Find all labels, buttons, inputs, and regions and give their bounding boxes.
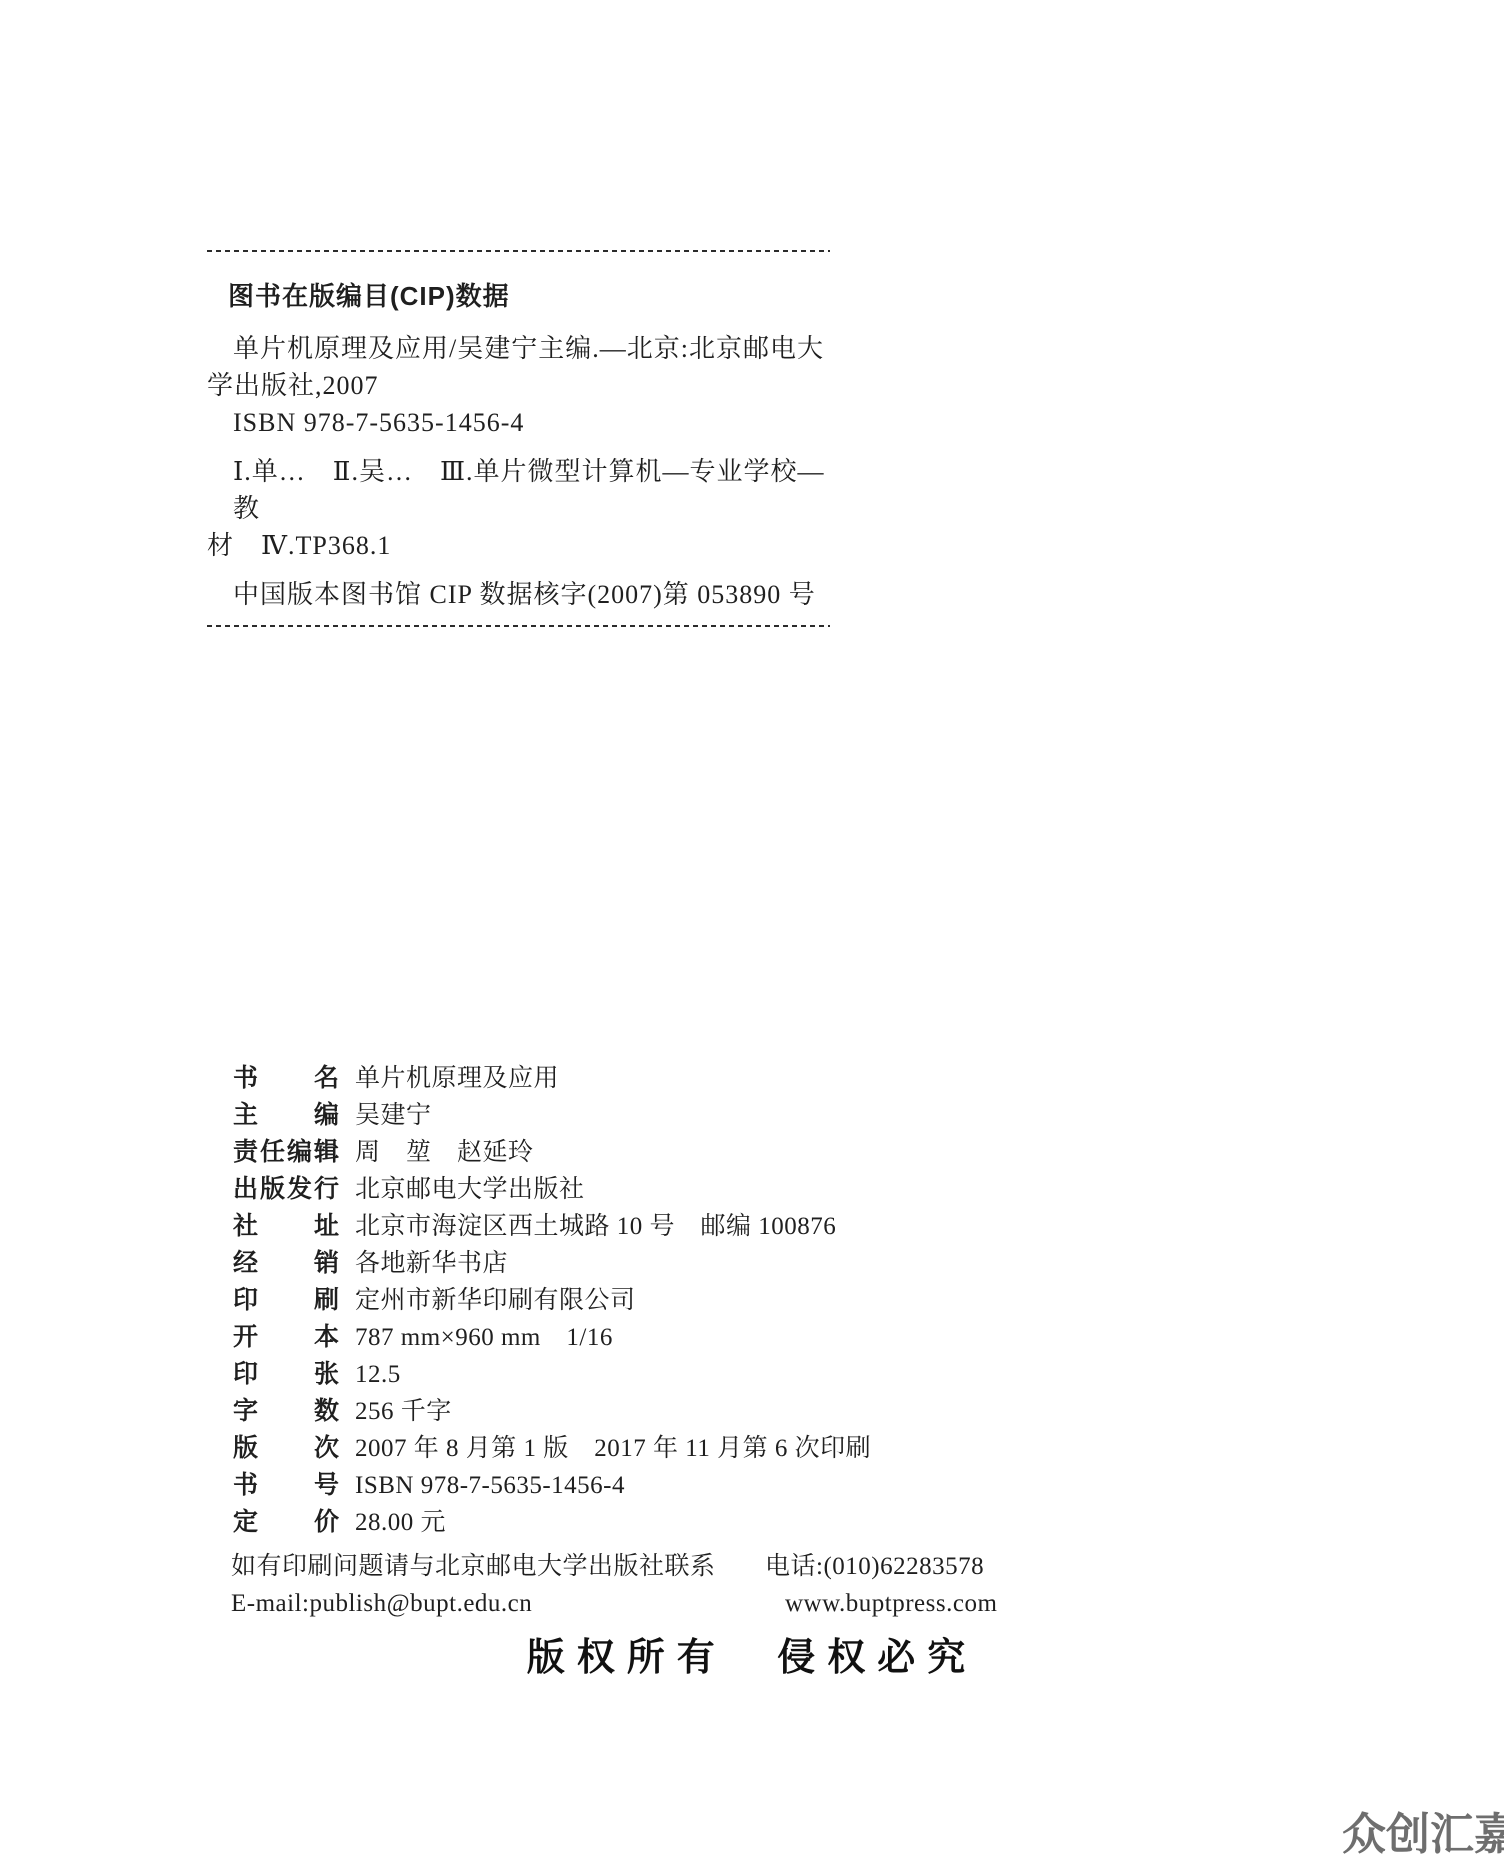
- cip-heading: 图书在版编目(CIP)数据: [228, 278, 830, 314]
- row-value: 北京市海淀区西土城路 10 号 邮编 100876: [355, 1208, 836, 1245]
- row-label: 定价: [233, 1504, 339, 1541]
- row-label: 字数: [233, 1393, 339, 1430]
- row-label: 经销: [233, 1245, 339, 1282]
- row-label: 出版发行: [233, 1171, 339, 1208]
- colophon-row-book-title: 书名 单片机原理及应用: [207, 1060, 1147, 1097]
- row-value: 2007 年 8 月第 1 版 2017 年 11 月第 6 次印刷: [355, 1430, 871, 1467]
- colophon-row-chief-editor: 主编 吴建宁: [207, 1097, 1147, 1134]
- copyright-phrase-infringement: 侵权必究: [777, 1637, 977, 1679]
- copyright-notice: 版权所有 侵权必究: [0, 1626, 1504, 1681]
- colophon-row-format: 开本 787 mm×960 mm 1/16: [207, 1319, 1147, 1356]
- cip-title-line-2: 学出版社,2007: [207, 367, 830, 404]
- row-value: 单片机原理及应用: [355, 1060, 559, 1097]
- row-value: 各地新华书店: [355, 1245, 508, 1282]
- cip-title-line-1: 单片机原理及应用/吴建宁主编.—北京:北京邮电大: [207, 330, 830, 367]
- cip-classification-line-2: 材 Ⅳ.TP368.1: [207, 527, 830, 564]
- cip-isbn-line: ISBN 978-7-5635-1456-4: [207, 404, 830, 441]
- contact-line-2: E-mail:publish@bupt.edu.cn www.buptpress…: [207, 1585, 1147, 1622]
- publisher-website: www.buptpress.com: [785, 1585, 997, 1622]
- row-value: 周 堃 赵延玲: [355, 1134, 534, 1171]
- row-label: 社址: [233, 1208, 339, 1245]
- colophon-row-price: 定价 28.00 元: [207, 1504, 1147, 1541]
- row-label: 主编: [233, 1097, 339, 1134]
- printing-problem-note: 如有印刷问题请与北京邮电大学出版社联系: [231, 1553, 716, 1580]
- row-label: 印刷: [233, 1282, 339, 1319]
- copyright-phrase-all-rights-reserved: 版权所有: [527, 1637, 727, 1679]
- colophon-row-sheets: 印张 12.5: [207, 1356, 1147, 1393]
- row-value: 787 mm×960 mm 1/16: [355, 1319, 613, 1356]
- cip-section: 图书在版编目(CIP)数据 单片机原理及应用/吴建宁主编.—北京:北京邮电大 学…: [207, 250, 830, 627]
- cip-classification-line-1: Ⅰ.单… Ⅱ.吴… Ⅲ.单片微型计算机—专业学校—教: [207, 453, 830, 527]
- row-value: 北京邮电大学出版社: [355, 1171, 585, 1208]
- row-value: 吴建宁: [355, 1097, 432, 1134]
- cip-registry-line: 中国版本图书馆 CIP 数据核字(2007)第 053890 号: [207, 576, 830, 613]
- contact-line: 如有印刷问题请与北京邮电大学出版社联系 电话:(010)62283578: [207, 1548, 1147, 1585]
- row-value: 12.5: [355, 1356, 401, 1393]
- row-label: 印张: [233, 1356, 339, 1393]
- colophon-row-word-count: 字数 256 千字: [207, 1393, 1147, 1430]
- colophon-row-book-number: 书号 ISBN 978-7-5635-1456-4: [207, 1467, 1147, 1504]
- publisher-phone: 电话:(010)62283578: [765, 1548, 984, 1585]
- colophon-row-responsible-editor: 责任编辑 周 堃 赵延玲: [207, 1134, 1147, 1171]
- book-copyright-page: 图书在版编目(CIP)数据 单片机原理及应用/吴建宁主编.—北京:北京邮电大 学…: [0, 0, 1504, 1858]
- publisher-email: E-mail:publish@bupt.edu.cn: [231, 1590, 532, 1617]
- colophon-section: 书名 单片机原理及应用 主编 吴建宁 责任编辑 周 堃 赵延玲 出版发行 北京邮…: [207, 1060, 1147, 1622]
- colophon-row-publisher: 出版发行 北京邮电大学出版社: [207, 1171, 1147, 1208]
- row-label: 书号: [233, 1467, 339, 1504]
- row-label: 开本: [233, 1319, 339, 1356]
- row-value: ISBN 978-7-5635-1456-4: [355, 1467, 625, 1504]
- row-label: 版次: [233, 1430, 339, 1467]
- dotted-divider-bottom: [207, 625, 830, 627]
- colophon-row-address: 社址 北京市海淀区西土城路 10 号 邮编 100876: [207, 1208, 1147, 1245]
- watermark-logo: 众创汇嘉: [1342, 1798, 1504, 1858]
- row-label: 责任编辑: [233, 1134, 339, 1171]
- row-value: 28.00 元: [355, 1504, 446, 1541]
- dotted-divider-top: [207, 250, 830, 252]
- colophon-row-printer: 印刷 定州市新华印刷有限公司: [207, 1282, 1147, 1319]
- row-value: 定州市新华印刷有限公司: [355, 1282, 636, 1319]
- row-label: 书名: [233, 1060, 339, 1097]
- colophon-row-edition: 版次 2007 年 8 月第 1 版 2017 年 11 月第 6 次印刷: [207, 1430, 1147, 1467]
- row-value: 256 千字: [355, 1393, 452, 1430]
- colophon-row-distribution: 经销 各地新华书店: [207, 1245, 1147, 1282]
